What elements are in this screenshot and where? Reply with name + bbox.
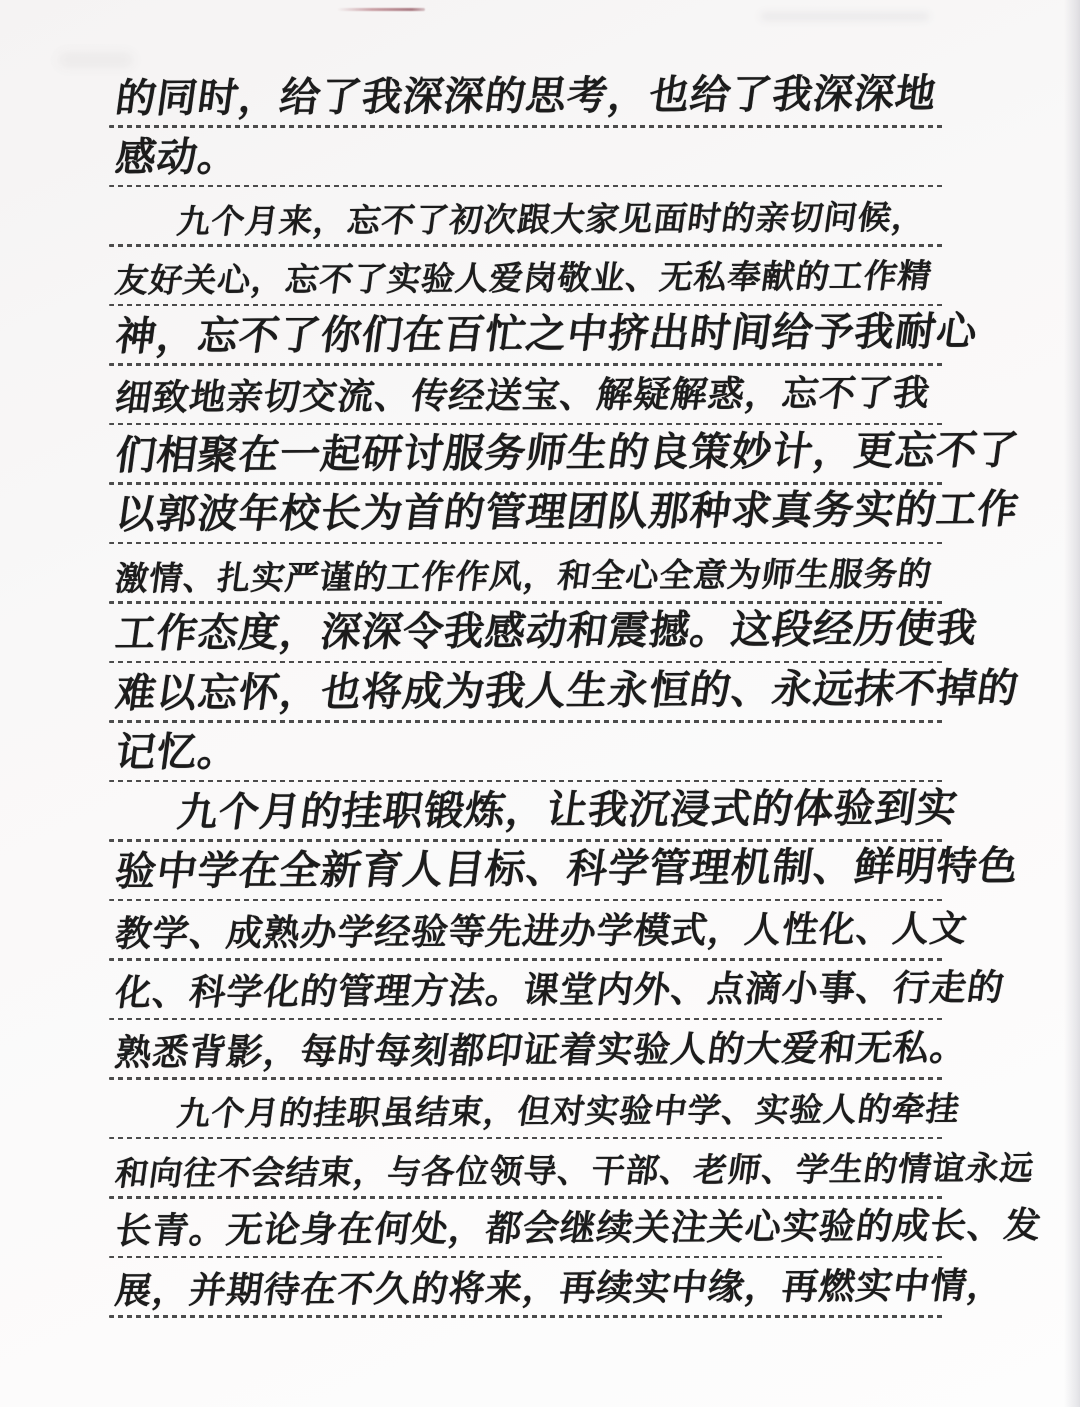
handwritten-text-block: 的同时，给了我深深的思考，也给了我深深地 感动。 九个月来，忘不了初次跟大家见面…: [112, 68, 938, 1318]
handwritten-line: 教学、成熟办学经验等先进办学模式，人性化、人文: [112, 901, 938, 961]
handwriting-text: 教学、成熟办学经验等先进办学模式，人性化、人文: [112, 900, 971, 960]
handwritten-line: 的同时，给了我深深的思考，也给了我深深地: [112, 68, 938, 128]
handwritten-line: 验中学在全新育人目标、科学管理机制、鲜明特色: [112, 842, 938, 902]
handwritten-line: 工作态度，深深令我感动和震撼。这段经历使我: [112, 604, 938, 664]
handwritten-line: 九个月的挂职锻炼，让我沉浸式的体验到实: [112, 782, 938, 842]
handwritten-line: 九个月来，忘不了初次跟大家见面时的亲切问候，: [112, 187, 938, 247]
handwritten-line: 以郭波年校长为首的管理团队那种求真务实的工作: [112, 485, 938, 545]
handwriting-text: 友好关心，忘不了实验人爱岗敬业、无私奉献的工作精: [112, 250, 936, 306]
handwritten-line: 们相聚在一起研讨服务师生的良策妙计，更忘不了: [112, 425, 938, 485]
handwriting-text: 们相聚在一起研讨服务师生的良策妙计，更忘不了: [112, 418, 1023, 485]
handwriting-text: 九个月来，忘不了初次跟大家见面时的亲切问候，: [174, 191, 929, 247]
handwriting-text: 九个月的挂职锻炼，让我沉浸式的体验到实: [174, 776, 962, 842]
handwriting-text: 细致地亲切交流、传经送宝、解疑解惑，忘不了我: [112, 365, 934, 425]
handwriting-text: 展，并期待在不久的将来，再续实中缘，再燃实中情，: [112, 1257, 1008, 1317]
handwritten-line: 化、科学化的管理方法。课堂内外、点滴小事、行走的: [112, 961, 938, 1021]
handwriting-text: 激情、扎实严谨的工作作风，和全心全意为师生服务的: [112, 548, 936, 604]
handwritten-line: 细致地亲切交流、传经送宝、解疑解惑，忘不了我: [112, 366, 938, 426]
handwriting-text: 验中学在全新育人目标、科学管理机制、鲜明特色: [112, 834, 1023, 901]
handwriting-text: 化、科学化的管理方法。课堂内外、点滴小事、行走的: [112, 960, 1008, 1020]
scan-edge-shadow: [1064, 0, 1080, 1407]
handwritten-line: 激情、扎实严谨的工作作风，和全心全意为师生服务的: [112, 544, 938, 604]
handwritten-line: 神，忘不了你们在百忙之中挤出时间给予我耐心: [112, 306, 938, 366]
handwriting-text: 记忆。: [112, 720, 243, 782]
handwritten-line: 九个月的挂职虽结束，但对实验中学、实验人的牵挂: [112, 1080, 938, 1140]
handwritten-line: 难以忘怀，也将成为我人生永恒的、永远抹不掉的: [112, 663, 938, 723]
handwriting-text: 神，忘不了你们在百忙之中挤出时间给予我耐心: [112, 299, 982, 365]
handwriting-text: 和向往不会结束，与各位领导、干部、老师、学生的情谊永远: [112, 1142, 1038, 1199]
handwriting-text: 难以忘怀，也将成为我人生永恒的、永远抹不掉的: [112, 656, 1023, 723]
handwriting-text: 长青。无论身在何处，都会继续关注关心实验的成长、发: [112, 1197, 1045, 1258]
scan-artifact-red-line: [337, 8, 425, 11]
scan-artifact-smudge: [58, 52, 134, 68]
handwriting-text: 九个月的挂职虽结束，但对实验中学、实验人的牵挂: [174, 1083, 964, 1139]
handwriting-text: 熟悉背影，每时每刻都印证着实验人的大爱和无私。: [112, 1019, 971, 1079]
handwritten-line: 友好关心，忘不了实验人爱岗敬业、无私奉献的工作精: [112, 247, 938, 307]
handwriting-text: 感动。: [112, 125, 243, 187]
handwriting-text: 工作态度，深深令我感动和震撼。这段经历使我: [112, 597, 982, 663]
handwritten-line: 感动。: [112, 128, 938, 188]
handwritten-line: 记忆。: [112, 723, 938, 783]
handwritten-line: 长青。无论身在何处，都会继续关注关心实验的成长、发: [112, 1199, 938, 1259]
handwritten-line: 展，并期待在不久的将来，再续实中缘，再燃实中情，: [112, 1258, 938, 1318]
handwriting-text: 以郭波年校长为首的管理团队那种求真务实的工作: [112, 477, 1023, 544]
handwritten-line: 熟悉背影，每时每刻都印证着实验人的大爱和无私。: [112, 1020, 938, 1080]
scanned-letter-page: 的同时，给了我深深的思考，也给了我深深地 感动。 九个月来，忘不了初次跟大家见面…: [0, 0, 1080, 1407]
scan-artifact-smudge: [760, 12, 930, 21]
handwriting-text: 的同时，给了我深深的思考，也给了我深深地: [112, 61, 941, 127]
handwritten-line: 和向往不会结束，与各位领导、干部、老师、学生的情谊永远: [112, 1139, 938, 1199]
